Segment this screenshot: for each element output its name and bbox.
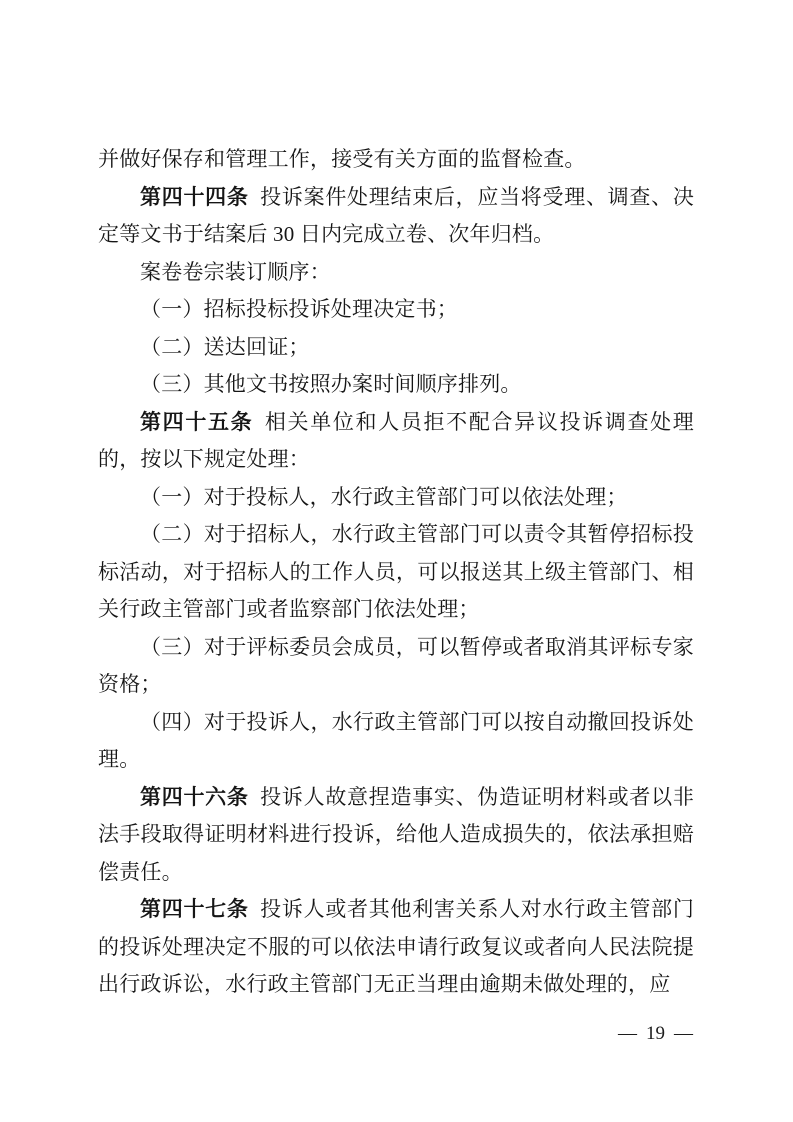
paragraph-text: （二）对于招标人，水行政主管部门可以责令其暂停招标投标活动，对于招标人的工作人员… [98, 522, 694, 621]
paragraph-45-item-4: （四）对于投诉人，水行政主管部门可以按自动撤回投诉处理。 [98, 704, 694, 779]
paragraph-article-47: 第四十七条投诉人或者其他利害关系人对水行政主管部门的投诉处理决定不服的可以依法申… [98, 891, 694, 1004]
document-page: 并做好保存和管理工作，接受有关方面的监督检查。 第四十四条投诉案件处理结束后，应… [0, 0, 793, 1122]
article-number-44: 第四十四条 [140, 185, 249, 209]
footer-dash-right: — [674, 1023, 693, 1044]
paragraph-text: 并做好保存和管理工作，接受有关方面的监督检查。 [98, 147, 586, 171]
paragraph-article-44: 第四十四条投诉案件处理结束后，应当将受理、调查、决定等文书于结案后 30 日内完… [98, 179, 694, 254]
article-number-47: 第四十七条 [140, 897, 249, 921]
paragraph-article-45: 第四十五条相关单位和人员拒不配合异议投诉调查处理的，按以下规定处理： [98, 404, 694, 479]
paragraph-text: （三）其他文书按照办案时间顺序排列。 [140, 372, 522, 396]
footer-dash-left: — [618, 1023, 637, 1044]
paragraph-45-item-3: （三）对于评标委员会成员，可以暂停或者取消其评标专家资格； [98, 629, 694, 704]
paragraph-text: （一）对于投标人，水行政主管部门可以依法处理； [140, 485, 628, 509]
paragraph-text: （四）对于投诉人，水行政主管部门可以按自动撤回投诉处理。 [98, 710, 694, 772]
paragraph-item-2: （二）送达回证； [98, 329, 694, 367]
paragraph-text: （二）送达回证； [140, 335, 310, 359]
paragraph-text: （一）招标投标投诉处理决定书； [140, 297, 458, 321]
article-number-46: 第四十六条 [140, 785, 249, 809]
paragraph-binding-order: 案卷卷宗装订顺序： [98, 254, 694, 292]
paragraph-45-item-2: （二）对于招标人，水行政主管部门可以责令其暂停招标投标活动，对于招标人的工作人员… [98, 516, 694, 629]
paragraph-item-3: （三）其他文书按照办案时间顺序排列。 [98, 366, 694, 404]
paragraph-article-46: 第四十六条投诉人故意捏造事实、伪造证明材料或者以非法手段取得证明材料进行投诉，给… [98, 779, 694, 892]
page-number: 19 [646, 1023, 665, 1044]
paragraph-continuation: 并做好保存和管理工作，接受有关方面的监督检查。 [98, 141, 694, 179]
page-footer: —19— [618, 1022, 693, 1046]
paragraph-45-item-1: （一）对于投标人，水行政主管部门可以依法处理； [98, 479, 694, 517]
paragraph-text: 案卷卷宗装订顺序： [140, 260, 331, 284]
paragraph-item-1: （一）招标投标投诉处理决定书； [98, 291, 694, 329]
document-body: 并做好保存和管理工作，接受有关方面的监督检查。 第四十四条投诉案件处理结束后，应… [98, 141, 694, 1004]
article-number-45: 第四十五条 [140, 410, 253, 434]
paragraph-text: （三）对于评标委员会成员，可以暂停或者取消其评标专家资格； [98, 635, 694, 697]
